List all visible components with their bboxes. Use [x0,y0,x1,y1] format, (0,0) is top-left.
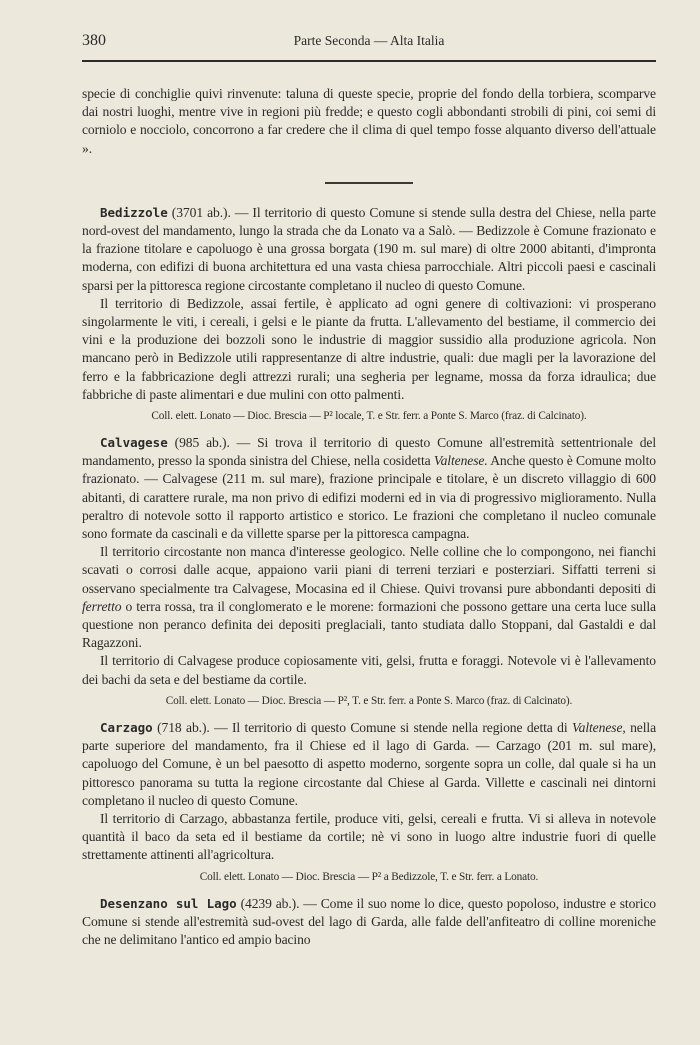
entry-name: Carzago [100,720,153,735]
header-rule [82,60,656,62]
entry-paragraph: Il territorio di Calvagese produce copio… [82,652,656,688]
entry-note: Coll. elett. Lonato — Dioc. Brescia — P²… [82,408,656,424]
section-separator [325,182,413,184]
entry-note: Coll. elett. Lonato — Dioc. Brescia — P²… [82,693,656,709]
entry-name: Desenzano sul Lago [100,896,237,911]
entry-paragraph: Desenzano sul Lago (4239 ab.). — Come il… [82,895,656,950]
entry-bedizzole: Bedizzole (3701 ab.). — Il territorio di… [82,204,656,424]
entry-paragraph: Il territorio di Carzago, abbastanza fer… [82,810,656,865]
entry-paragraph: Carzago (718 ab.). — Il territorio di qu… [82,719,656,810]
entry-paragraph: Il territorio di Bedizzole, assai fertil… [82,295,656,404]
entry-population: (718 ab.). — [153,720,232,735]
page-body: specie di conchiglie quivi rinvenute: ta… [82,85,656,949]
entry-desenzano: Desenzano sul Lago (4239 ab.). — Come il… [82,895,656,950]
intro-paragraph: specie di conchiglie quivi rinvenute: ta… [82,85,656,158]
entry-paragraph: Bedizzole (3701 ab.). — Il territorio di… [82,204,656,295]
entry-name: Bedizzole [100,205,168,220]
italic-term: Valtenese. [434,453,488,468]
running-head: 380 Parte Seconda — Alta Italia [82,32,656,54]
entry-note: Coll. elett. Lonato — Dioc. Brescia — P²… [82,869,656,885]
italic-term: ferretto [82,599,121,614]
entry-population: (4239 ab.). — [237,896,321,911]
entry-calvagese: Calvagese (985 ab.). — Si trova il terri… [82,434,656,709]
entry-name: Calvagese [100,435,168,450]
entry-paragraph: Calvagese (985 ab.). — Si trova il terri… [82,434,656,543]
entry-population: (3701 ab.). — [168,205,253,220]
entry-carzago: Carzago (718 ab.). — Il territorio di qu… [82,719,656,885]
running-title: Parte Seconda — Alta Italia [82,33,656,49]
entry-population: (985 ab.). — [168,435,257,450]
entry-paragraph: Il territorio circostante non manca d'in… [82,543,656,652]
italic-term: Valtenese [572,720,622,735]
